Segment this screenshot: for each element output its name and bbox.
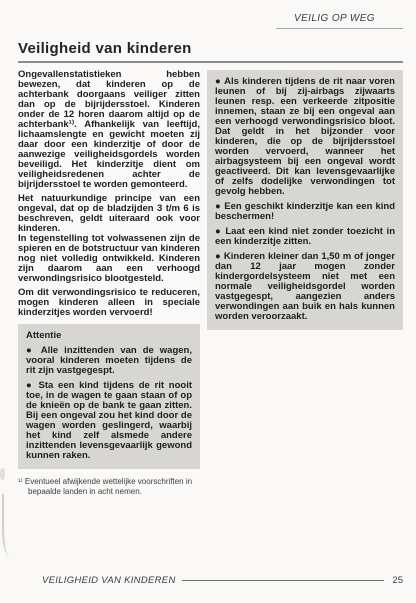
attention-item-no-standing: ● Sta een kind tijdens de rit nooit toe,… [26,381,192,461]
left-column-text: Ongevallenstatistieken hebben bewezen, d… [18,70,200,318]
footnote-legal-regulations: ¹⁾ Eventueel afwijkende wettelijke voors… [18,477,194,496]
manual-page: VEILIG OP WEG Veiligheid van kinderen On… [0,0,416,603]
paragraph-physics-principle: Het natuurkundige principe van een ongev… [18,194,200,234]
attention-box-title: Attentie [26,331,192,341]
two-column-layout: Ongevallenstatistieken hebben bewezen, d… [18,70,403,496]
warning-item-child-seat-protects: ● Een geschikt kinderzitje kan een kind … [215,202,395,222]
paragraph-child-physiology: In tegenstelling tot volwassenen zijn de… [18,234,200,284]
warning-item-height-age-limit: ● Kinderen kleiner dan 1,50 m of jonger … [215,252,395,322]
title-rule [18,61,403,63]
footer-section-title: VEILIGHEID VAN KINDEREN [42,575,176,586]
attention-box: Attentie ● Alle inzittenden van de wagen… [18,324,200,469]
paragraph-accident-statistics: Ongevallenstatistieken hebben bewezen, d… [18,70,200,190]
attention-item-buckle-up: ● Alle inzittenden van de wagen, vooral … [26,346,192,376]
page-number: 25 [390,575,403,586]
left-column: Ongevallenstatistieken hebben bewezen, d… [18,70,200,496]
scan-artifact-small [0,468,5,480]
footer-rule [182,580,385,581]
page-title: Veiligheid van kinderen [18,40,403,57]
warning-box: ● Als kinderen tijdens de rit naar voren… [207,70,403,330]
page-footer: VEILIGHEID VAN KINDEREN 25 [42,575,403,586]
scan-artifact [2,494,11,556]
paragraph-risk-reduction: Om dit verwondingsrisico te reduceren, m… [18,288,200,318]
warning-item-sitting-position: ● Als kinderen tijdens de rit naar voren… [215,77,395,197]
warning-item-no-unattended: ● Laat een kind niet zonder toezicht in … [215,227,395,247]
right-column: ● Als kinderen tijdens de rit naar voren… [207,70,403,330]
header-rule [276,28,403,29]
running-header: VEILIG OP WEG [18,13,403,24]
